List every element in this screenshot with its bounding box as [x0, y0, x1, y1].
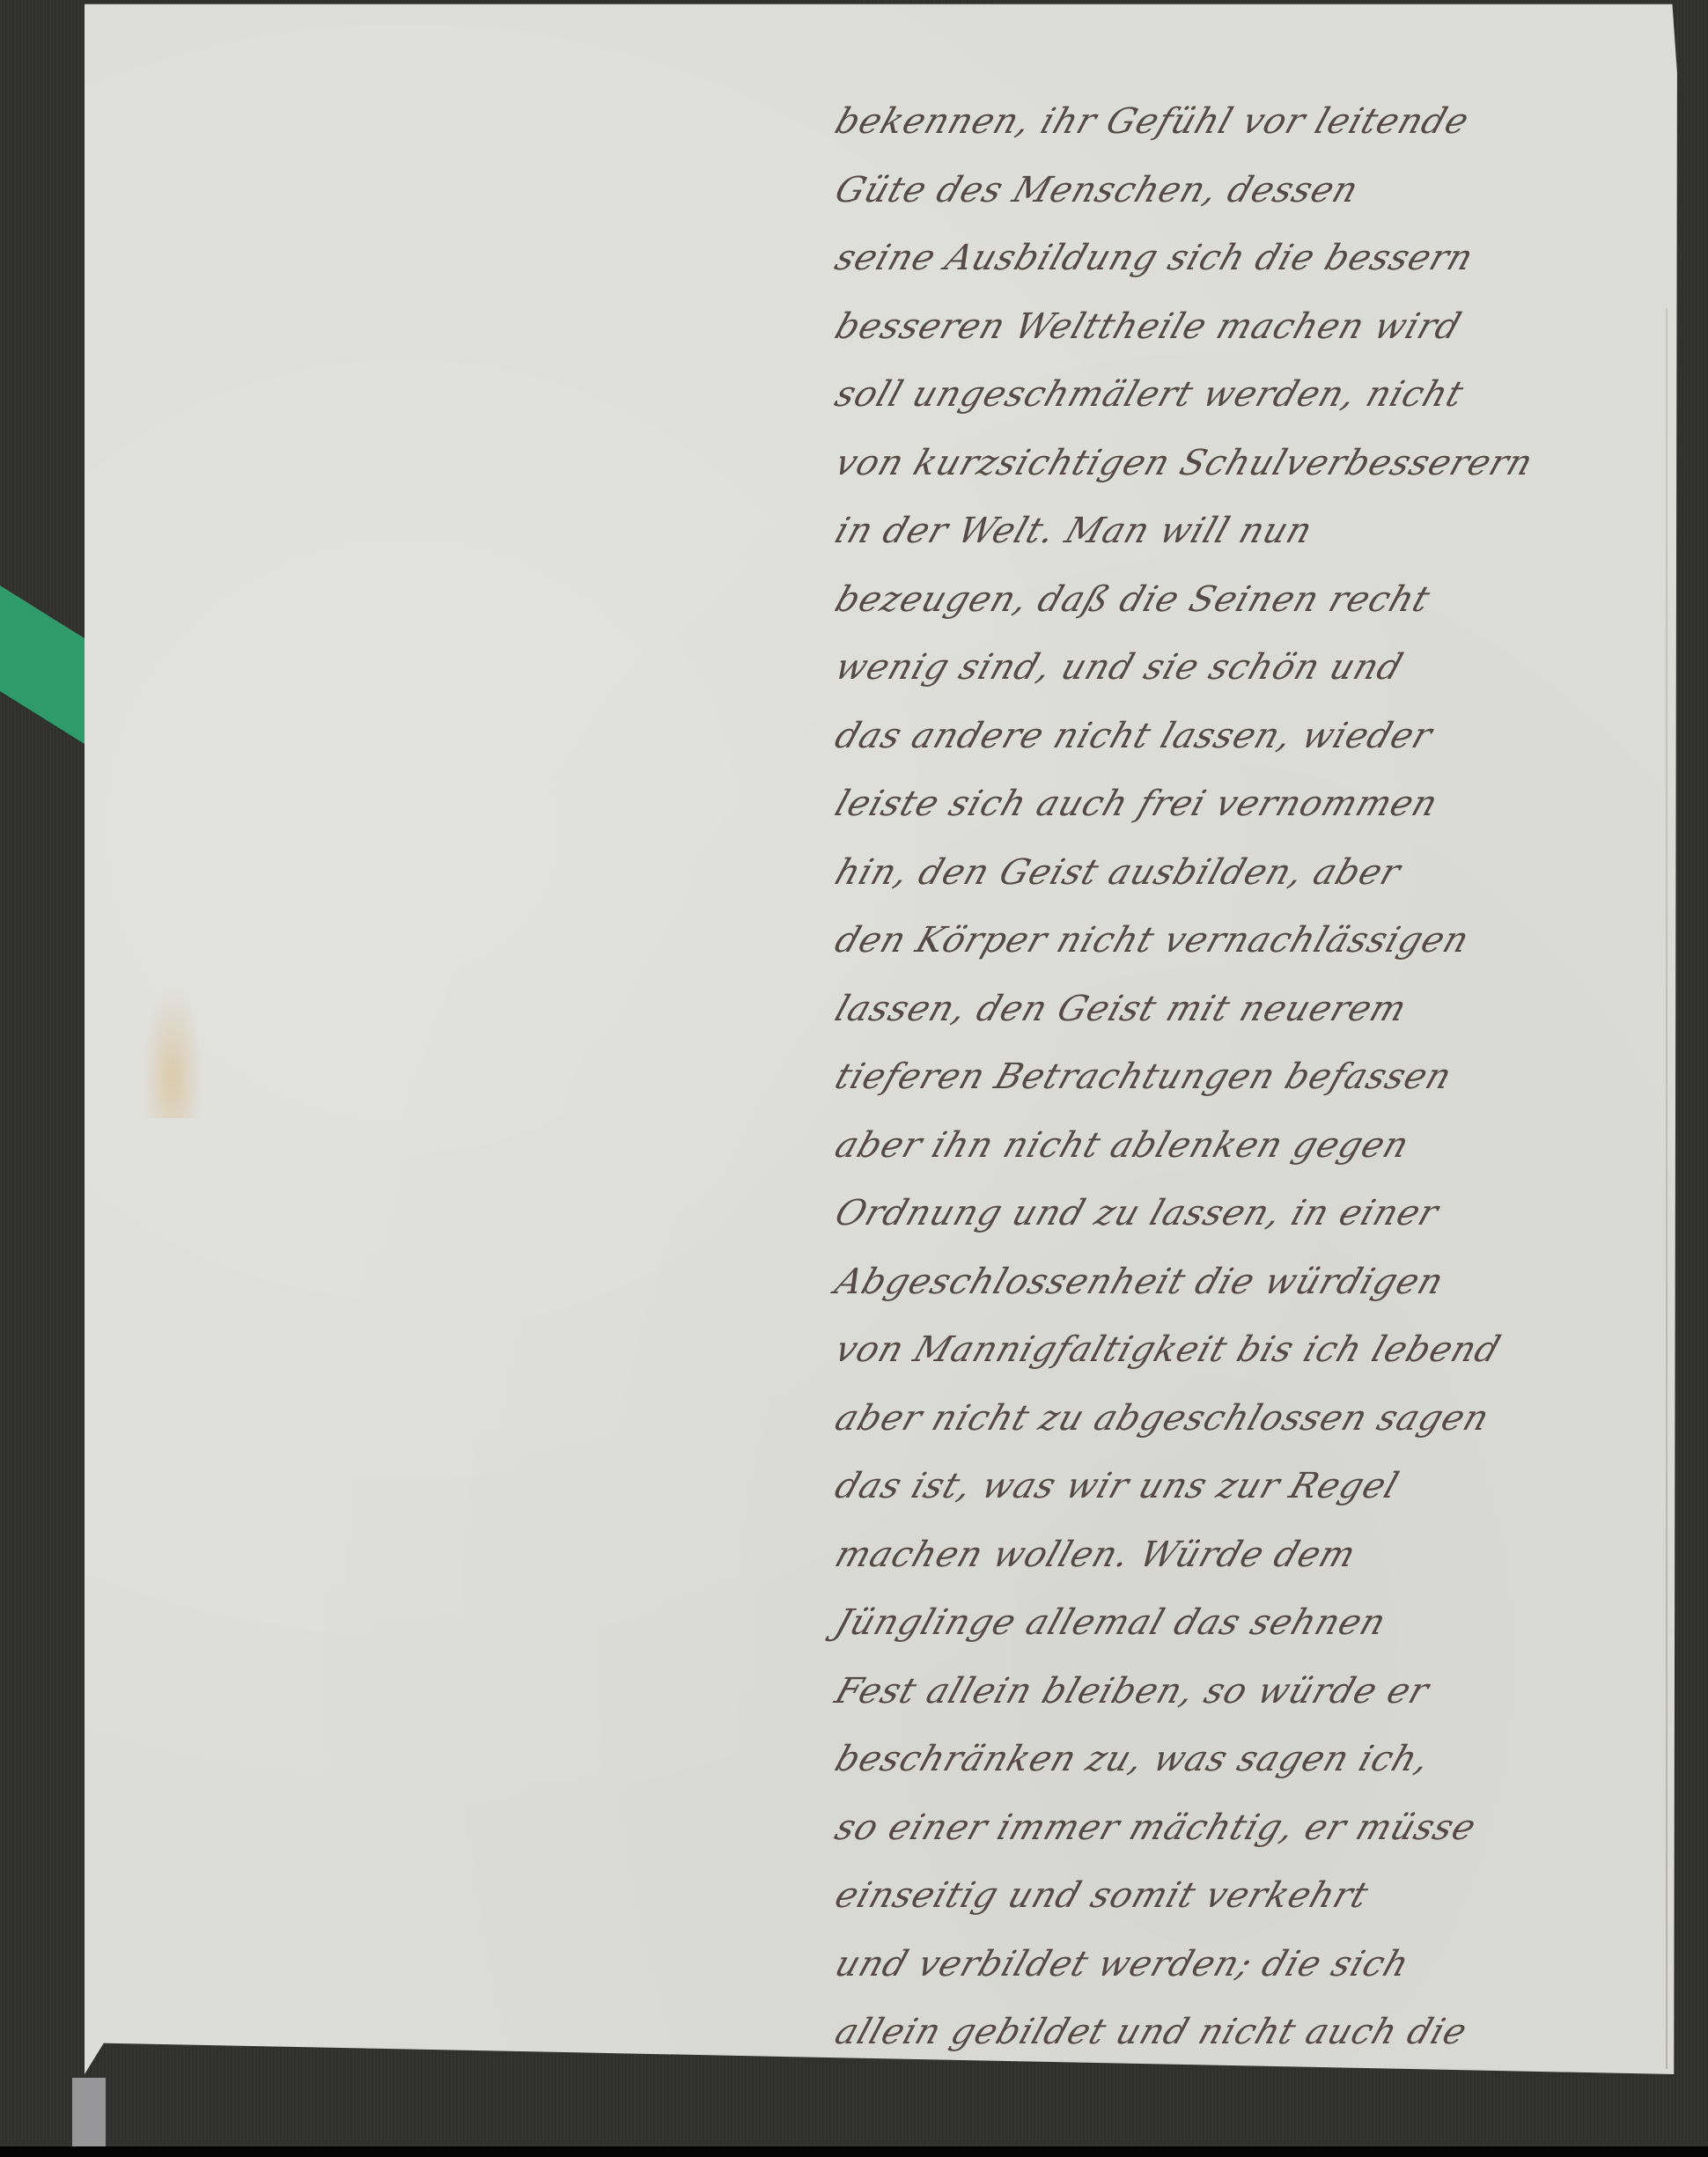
text-line: wenig sind, und sie schön und: [825, 634, 1666, 703]
page-fold-line: [1666, 308, 1668, 2069]
text-line: Fest allein bleiben, so würde er: [825, 1658, 1666, 1726]
text-line: von kurzsichtigen Schulverbesserern: [825, 430, 1666, 498]
text-line: hin, den Geist ausbilden, aber: [825, 839, 1666, 908]
text-line: einseitig und somit verkehrt: [825, 1862, 1666, 1931]
text-line: so einer immer mächtig, er müsse: [825, 1794, 1666, 1863]
text-line: lassen, den Geist mit neuerem: [825, 975, 1666, 1044]
text-line: Ordnung und zu lassen, in einer: [825, 1180, 1666, 1248]
text-line: das ist, was wir uns zur Regel: [825, 1453, 1666, 1521]
text-line: besseren Welttheile machen wird: [825, 293, 1666, 362]
text-line: aber ihn nicht ablenken gegen: [825, 1112, 1666, 1181]
text-line: bekennen, ihr Gefühl vor leitende: [825, 88, 1666, 157]
text-line: allein gebildet und nicht auch die: [825, 1999, 1666, 2067]
text-line: machen wollen. Würde dem: [825, 1521, 1666, 1590]
text-line: Abgeschlossenheit die würdigen: [825, 1248, 1666, 1317]
text-line: Jünglinge allemal das sehnen: [825, 1589, 1666, 1658]
text-line: aber nicht zu abgeschlossen sagen: [825, 1385, 1666, 1454]
text-line: und verbildet werden; die sich: [825, 1931, 1666, 1999]
text-line: das andere nicht lassen, wieder: [825, 703, 1666, 771]
text-line: beschränken zu, was sagen ich,: [825, 1726, 1666, 1794]
text-line: seine Ausbildung sich die bessern: [825, 225, 1666, 293]
tape-strip: [72, 2078, 106, 2146]
text-line: den Körper nicht vernachlässigen: [825, 907, 1666, 975]
text-line: bezeugen, daß die Seinen recht: [825, 566, 1666, 635]
text-line: von Mannigfaltigkeit bis ich lebend: [825, 1316, 1666, 1385]
manuscript-page: bekennen, ihr Gefühl vor leitende Güte d…: [85, 0, 1685, 2074]
text-line: Güte des Menschen, dessen: [825, 157, 1666, 225]
text-line: tieferen Betrachtungen befassen: [825, 1043, 1666, 1112]
text-line: in der Welt. Man will nun: [825, 497, 1666, 566]
bottom-edge-strip: [0, 2146, 1708, 2157]
text-line: soll ungeschmälert werden, nicht: [825, 361, 1666, 430]
text-line: leiste sich auch frei vernommen: [825, 770, 1666, 839]
foxing-stain: [142, 986, 203, 1118]
handwritten-text-block: bekennen, ihr Gefühl vor leitende Güte d…: [836, 88, 1655, 2135]
